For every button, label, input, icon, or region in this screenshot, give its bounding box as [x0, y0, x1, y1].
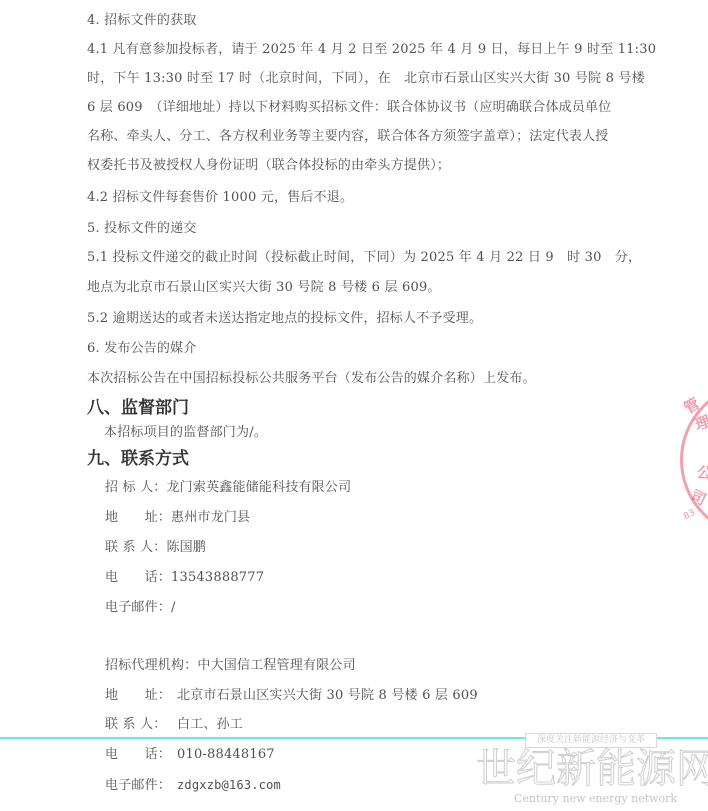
agency-email-value: zdgxzb@163.com	[177, 778, 281, 792]
tenderer-email-label: 电子邮件：	[105, 600, 171, 616]
paragraph-4-1-line-3: 6 层 609 （详细地址）持以下材料购买招标文件：联合体协议书（应明确联合体成…	[87, 100, 611, 116]
tenderer-name-value: 龙门索英鑫能储能科技有限公司	[166, 480, 351, 495]
section-4-title: 4. 招标文件的获取	[87, 13, 197, 29]
agency-name-label: 招标代理机构：	[105, 658, 197, 674]
agency-address-row: 地 址：北京市石景山区实兴大街 30 号院 8 号楼 6 层 609	[105, 688, 478, 704]
stamp-char-3: 公	[695, 461, 708, 484]
paragraph-4-2: 4.2 招标文件每套售价 1000 元，售后不退。	[87, 190, 353, 206]
section-6-title: 6. 发布公告的媒介	[87, 341, 197, 357]
agency-contact-label: 联 系 人：	[105, 717, 177, 733]
agency-name-row: 招标代理机构：中大国信工程管理有限公司	[105, 658, 356, 674]
tenderer-phone-label: 电 话：	[105, 570, 171, 586]
agency-phone-label: 电 话：	[105, 747, 177, 763]
agency-phone-value: 010-88448167	[177, 747, 275, 762]
tenderer-phone-value: 13543888777	[171, 570, 264, 585]
paragraph-5-2: 5.2 逾期送达的或者未送达指定地点的投标文件，招标人不予受理。	[87, 311, 482, 327]
agency-address-label: 地 址：	[105, 688, 177, 704]
section-8-text: 本招标项目的监督部门为/。	[104, 425, 267, 441]
stamp-number: 83	[682, 508, 697, 522]
paragraph-4-1-line-4: 名称、牵头人、分工、各方权利业务等主要内容，联合体各方须签字盖章）；法定代表人授	[87, 129, 609, 145]
tenderer-email-row: 电子邮件：/	[105, 600, 176, 616]
section-8-heading: 八、监督部门	[87, 398, 189, 418]
agency-contact-row: 联 系 人：白工、孙工	[105, 717, 243, 733]
paragraph-5-1-line-2: 地点为北京市石景山区实兴大街 30 号院 8 号楼 6 层 609。	[87, 280, 441, 296]
tenderer-address-label: 地 址：	[105, 510, 171, 526]
section-5-title: 5. 投标文件的递交	[87, 221, 197, 237]
paragraph-4-1-line-5: 权委托书及被授权人身份证明（联合体投标的由牵头方提供）；	[87, 158, 450, 174]
tenderer-address-row: 地 址：惠州市龙门县	[105, 510, 250, 526]
tenderer-contact-row: 联 系 人：陈国鹏	[105, 540, 206, 556]
agency-address-value: 北京市石景山区实兴大街 30 号院 8 号楼 6 层 609	[177, 688, 478, 703]
tenderer-contact-label: 联 系 人：	[105, 540, 166, 556]
paragraph-4-1-line-1: 4.1 凡有意参加投标者，请于 2025 年 4 月 2 日至 2025 年 4…	[87, 42, 656, 58]
watermark-title: 世纪新能源网	[476, 746, 708, 792]
document-page: 4. 招标文件的获取 4.1 凡有意参加投标者，请于 2025 年 4 月 2 …	[0, 0, 708, 811]
tenderer-email-value: /	[171, 600, 176, 615]
tenderer-address-value: 惠州市龙门县	[171, 510, 250, 525]
agency-contact-value: 白工、孙工	[177, 717, 243, 732]
tenderer-contact-value: 陈国鹏	[166, 540, 206, 555]
watermark-subtitle: Century new energy network	[514, 792, 677, 806]
section-9-heading: 九、联系方式	[87, 449, 189, 469]
tenderer-name-row: 招 标 人：龙门索英鑫能储能科技有限公司	[105, 480, 351, 496]
agency-email-row: 电子邮件：zdgxzb@163.com	[105, 777, 281, 794]
tenderer-phone-row: 电 话：13543888777	[105, 570, 264, 586]
agency-name-value: 中大国信工程管理有限公司	[197, 658, 355, 673]
section-6-text: 本次招标公告在中国招标投标公共服务平台（发布公告的媒介名称）上发布。	[87, 371, 536, 387]
paragraph-4-1-line-2: 时，下午 13:30 时至 17 时（北京时间，下同），在 北京市石景山区实兴大…	[87, 71, 645, 87]
paragraph-5-1-line-1: 5.1 投标文件递交的截止时间（投标截止时间，下同）为 2025 年 4 月 2…	[87, 250, 641, 266]
agency-email-label: 电子邮件：	[105, 778, 177, 794]
agency-phone-row: 电 话：010-88448167	[105, 747, 275, 763]
tenderer-name-label: 招 标 人：	[105, 480, 166, 496]
